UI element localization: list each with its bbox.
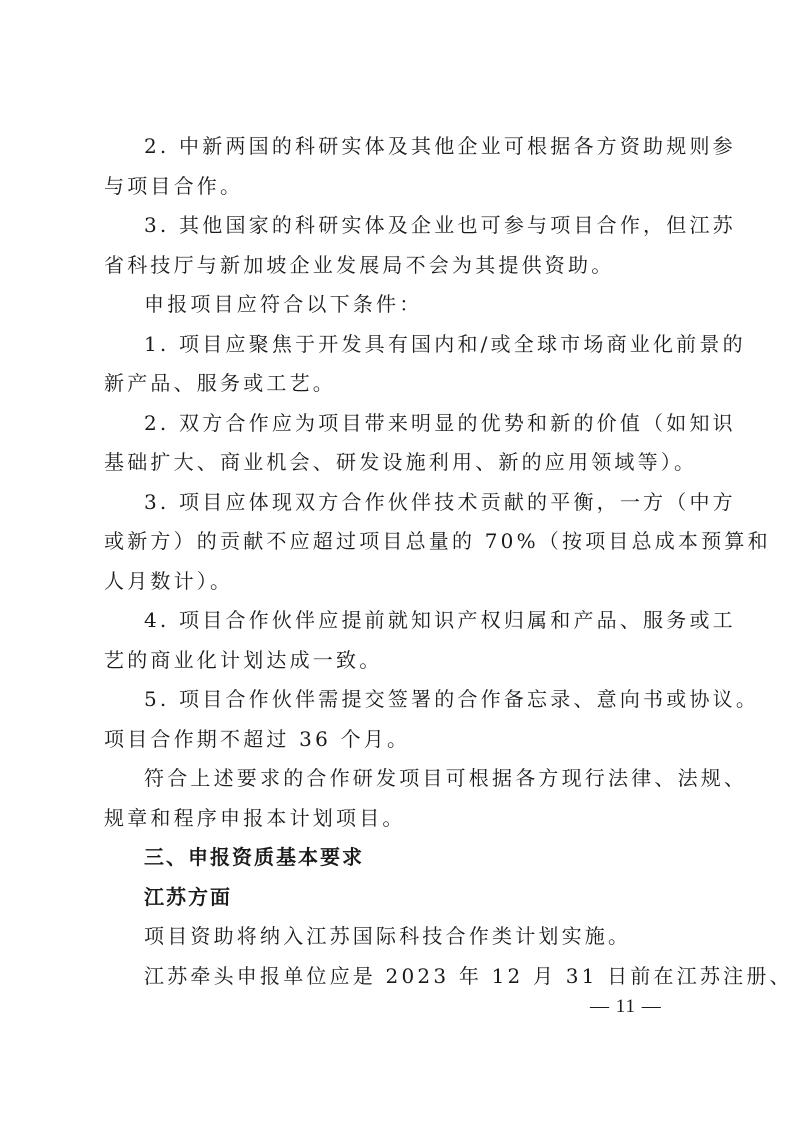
- paragraph-condition-3: 3. 项目应体现双方合作伙伴技术贡献的平衡，一方（中方 或新方）的贡献不应超过项…: [104, 483, 692, 602]
- paragraph-jiangsu-funding: 项目资助将纳入江苏国际科技合作类计划实施。: [104, 917, 692, 957]
- text-line: 1. 项目应聚焦于开发具有国内和/或全球市场商业化前景的: [104, 325, 692, 365]
- paragraph-conditions-intro: 申报项目应符合以下条件：: [104, 285, 692, 325]
- paragraph-eligibility-item-2: 2. 中新两国的科研实体及其他企业可根据各方资助规则参 与项目合作。: [104, 127, 692, 206]
- paragraph-eligibility-item-3: 3. 其他国家的科研实体及企业也可参与项目合作，但江苏 省科技厅与新加坡企业发展…: [104, 206, 692, 285]
- paragraph-conditions-summary: 符合上述要求的合作研发项目可根据各方现行法律、法规、 规章和程序申报本计划项目。: [104, 759, 692, 838]
- text-line: 2. 双方合作应为项目带来明显的优势和新的价值（如知识: [104, 404, 692, 444]
- text-line: 省科技厅与新加坡企业发展局不会为其提供资助。: [104, 246, 692, 286]
- text-line: 项目合作期不超过 36 个月。: [104, 720, 692, 760]
- paragraph-condition-1: 1. 项目应聚焦于开发具有国内和/或全球市场商业化前景的 新产品、服务或工艺。: [104, 325, 692, 404]
- paragraph-jiangsu-lead-applicant: 江苏牵头申报单位应是 2023 年 12 月 31 日前在江苏注册、: [104, 957, 692, 997]
- paragraph-condition-5: 5. 项目合作伙伴需提交签署的合作备忘录、意向书或协议。 项目合作期不超过 36…: [104, 680, 692, 759]
- text-line: 3. 项目应体现双方合作伙伴技术贡献的平衡，一方（中方: [104, 483, 692, 523]
- text-line: 新产品、服务或工艺。: [104, 364, 692, 404]
- text-line: 人月数计）。: [104, 562, 692, 602]
- page-number: — 11 —: [590, 996, 662, 1018]
- text-line: 申报项目应符合以下条件：: [104, 285, 692, 325]
- text-line: 符合上述要求的合作研发项目可根据各方现行法律、法规、: [104, 759, 692, 799]
- text-line: 5. 项目合作伙伴需提交签署的合作备忘录、意向书或协议。: [104, 680, 692, 720]
- paragraph-condition-4: 4. 项目合作伙伴应提前就知识产权归属和产品、服务或工 艺的商业化计划达成一致。: [104, 601, 692, 680]
- text-line: 或新方）的贡献不应超过项目总量的 70%（按项目总成本预算和: [104, 522, 692, 562]
- subsection-heading: 江苏方面: [104, 878, 692, 918]
- section-heading: 三、申报资质基本要求: [104, 838, 692, 878]
- document-page-body: 2. 中新两国的科研实体及其他企业可根据各方资助规则参 与项目合作。 3. 其他…: [104, 127, 692, 996]
- text-line: 江苏牵头申报单位应是 2023 年 12 月 31 日前在江苏注册、: [104, 957, 692, 997]
- text-line: 4. 项目合作伙伴应提前就知识产权归属和产品、服务或工: [104, 601, 692, 641]
- text-line: 规章和程序申报本计划项目。: [104, 799, 692, 839]
- text-line: 艺的商业化计划达成一致。: [104, 641, 692, 681]
- text-line: 2. 中新两国的科研实体及其他企业可根据各方资助规则参: [104, 127, 692, 167]
- text-line: 基础扩大、商业机会、研发设施利用、新的应用领域等）。: [104, 443, 692, 483]
- text-line: 项目资助将纳入江苏国际科技合作类计划实施。: [104, 917, 692, 957]
- paragraph-condition-2: 2. 双方合作应为项目带来明显的优势和新的价值（如知识 基础扩大、商业机会、研发…: [104, 404, 692, 483]
- text-line: 与项目合作。: [104, 167, 692, 207]
- text-line: 3. 其他国家的科研实体及企业也可参与项目合作，但江苏: [104, 206, 692, 246]
